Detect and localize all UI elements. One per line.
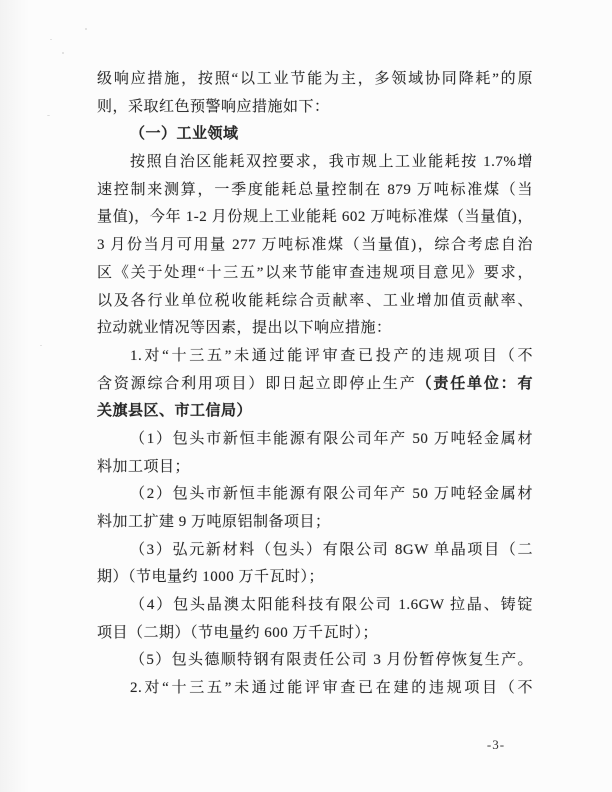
text-line-segment: 量值)，今年 1-2 月份规上工业能耗 602 万吨标准煤（当量值)， <box>97 209 533 225</box>
text-line: 量值)，今年 1-2 月份规上工业能耗 602 万吨标准煤（当量值)， <box>97 204 533 232</box>
document-text-block: 级响应措施，按照“以工业节能为主，多领域协同降耗”的原则，采取红色预警响应措施如… <box>97 66 533 703</box>
scan-edge-shadow <box>0 0 30 792</box>
text-line-segment: 以及各行业单位税收能耗综合贡献率、工业增加值贡献率、 <box>97 293 533 309</box>
text-line: 期）（节电量约 1000 万千瓦时）； <box>97 564 533 592</box>
text-line: 按照自治区能耗双控要求，我市规上工业能耗按 1.7%增 <box>97 149 533 177</box>
text-line-segment: 速控制来测算，一季度能耗总量控制在 879 万吨标准煤（当 <box>97 182 533 198</box>
scan-speck <box>40 345 42 346</box>
text-line: 级响应措施，按照“以工业节能为主，多领域协同降耗”的原 <box>97 66 533 94</box>
text-line-segment: 关旗县区、市工信局） <box>97 403 252 419</box>
text-line: （5）包头德顺特钢有限责任公司 3 月份暂停恢复生产。 <box>97 647 533 675</box>
text-line-segment: 按照自治区能耗双控要求，我市规上工业能耗按 1.7%增 <box>130 154 533 170</box>
text-line: 速控制来测算，一季度能耗总量控制在 879 万吨标准煤（当 <box>97 177 533 205</box>
text-line-segment: 料加工扩建 9 万吨原铝制备项目； <box>97 514 331 530</box>
text-line: （4）包头晶澳太阳能科技有限公司 1.6GW 拉晶、铸锭 <box>97 592 533 620</box>
text-line-segment: （1）包头市新恒丰能源有限公司年产 50 万吨轻金属材 <box>130 431 533 447</box>
document-page: 级响应措施，按照“以工业节能为主，多领域协同降耗”的原则，采取红色预警响应措施如… <box>0 0 612 792</box>
text-line: 1.对“十三五”未通过能评审查已投产的违规项目（不 <box>97 343 533 371</box>
text-line: （3）弘元新材料（包头）有限公司 8GW 单晶项目（二 <box>97 537 533 565</box>
text-line-segment: 含资源综合利用项目）即日起立即停止生产 <box>97 376 417 392</box>
text-line: 区《关于处理“十三五”以来节能审查违规项目意见》要求， <box>97 260 533 288</box>
text-line: （1）包头市新恒丰能源有限公司年产 50 万吨轻金属材 <box>97 426 533 454</box>
text-line: 含资源综合利用项目）即日起立即停止生产（责任单位：有 <box>97 371 533 399</box>
text-line: 关旗县区、市工信局） <box>97 398 533 426</box>
text-line: 拉动就业情况等因素，提出以下响应措施： <box>97 315 533 343</box>
scan-speck <box>47 115 50 116</box>
text-line-segment: （4）包头晶澳太阳能科技有限公司 1.6GW 拉晶、铸锭 <box>130 597 533 613</box>
text-line-segment: 3 月份当月可用量 277 万吨标准煤（当量值)，综合考虑自治 <box>97 237 533 253</box>
text-line-segment: （3）弘元新材料（包头）有限公司 8GW 单晶项目（二 <box>130 542 533 558</box>
text-line-bold-segment: （责任单位：有 <box>417 376 533 392</box>
text-line-segment: （一）工业领域 <box>130 126 239 142</box>
text-line-segment: （2）包头市新恒丰能源有限公司年产 50 万吨轻金属材 <box>130 486 533 502</box>
text-line-segment: 拉动就业情况等因素，提出以下响应措施： <box>97 320 392 336</box>
text-line: 2.对“十三五”未通过能评审查已在建的违规项目（不 <box>97 675 533 703</box>
text-line-segment: 级响应措施，按照“以工业节能为主，多领域协同降耗”的原 <box>97 71 533 87</box>
text-line: 则，采取红色预警响应措施如下： <box>97 94 533 122</box>
text-line: 以及各行业单位税收能耗综合贡献率、工业增加值贡献率、 <box>97 288 533 316</box>
scan-speck <box>85 28 87 30</box>
text-line-segment: 期）（节电量约 1000 万千瓦时）； <box>97 569 324 585</box>
page-number: -3- <box>474 737 518 753</box>
text-line: 料加工项目； <box>97 454 533 482</box>
text-line-segment: 1.对“十三五”未通过能评审查已投产的违规项目（不 <box>130 348 533 364</box>
text-line-segment: 区《关于处理“十三五”以来节能审查违规项目意见》要求， <box>97 265 533 281</box>
text-line-segment: （5）包头德顺特钢有限责任公司 3 月份暂停恢复生产。 <box>130 652 533 668</box>
text-line: （2）包头市新恒丰能源有限公司年产 50 万吨轻金属材 <box>97 481 533 509</box>
text-line-segment: 项目（二期）（节电量约 600 万千瓦时）； <box>97 625 378 641</box>
text-line-segment: 2.对“十三五”未通过能评审查已在建的违规项目（不 <box>130 680 533 696</box>
text-line: 3 月份当月可用量 277 万吨标准煤（当量值)，综合考虑自治 <box>97 232 533 260</box>
scan-speck <box>50 39 52 40</box>
text-line-segment: 料加工项目； <box>97 459 190 475</box>
scan-speck <box>62 52 64 54</box>
text-line: （一）工业领域 <box>97 121 533 149</box>
text-line: 料加工扩建 9 万吨原铝制备项目； <box>97 509 533 537</box>
text-line-segment: 则，采取红色预警响应措施如下： <box>97 99 330 115</box>
text-line: 项目（二期）（节电量约 600 万千瓦时）； <box>97 620 533 648</box>
